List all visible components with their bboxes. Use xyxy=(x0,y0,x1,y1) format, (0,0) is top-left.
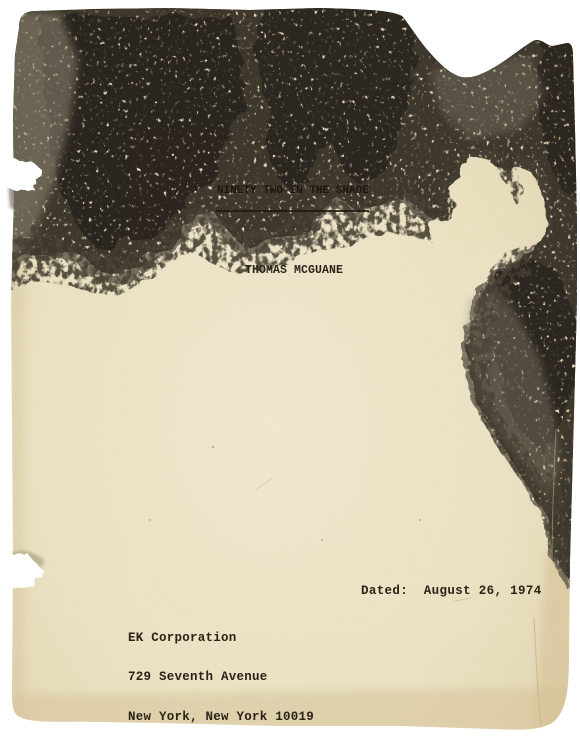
screenplay-title: NINETY TWO IN THE SHADE xyxy=(217,185,369,197)
title-underline xyxy=(216,210,369,212)
address-line-3: New York, New York 10019 xyxy=(128,711,314,724)
company-address-block: EK Corporation 729 Seventh Avenue New Yo… xyxy=(128,606,314,737)
dated-line: Dated: August 26, 1974 xyxy=(361,584,542,598)
scanned-document-page: NINETY TWO IN THE SHADE THOMAS MCGUANE D… xyxy=(0,0,580,742)
address-line-1: EK Corporation xyxy=(128,632,314,645)
screenplay-author: THOMAS MCGUANE xyxy=(245,264,343,277)
address-line-2: 729 Seventh Avenue xyxy=(128,671,314,684)
